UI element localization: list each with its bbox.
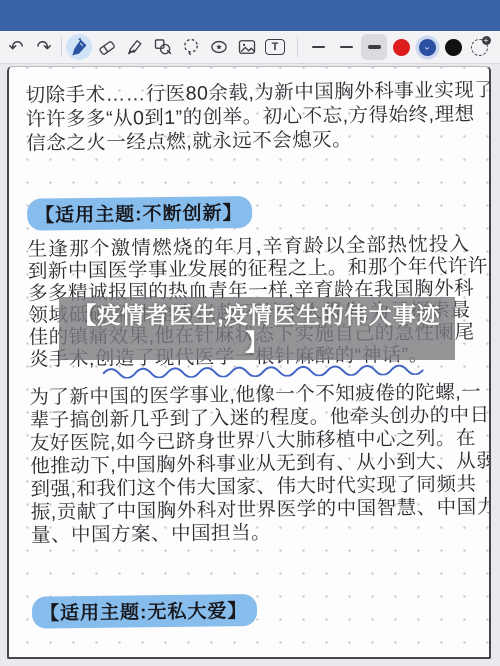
pen-icon: [69, 37, 89, 57]
redo-button[interactable]: ↷: [30, 33, 58, 61]
add-color-icon: +: [471, 39, 488, 56]
medium-line-icon: [340, 46, 353, 49]
text-tool-icon: T: [265, 39, 285, 55]
note-page[interactable]: 切除手术……行医80余载,为新中国胸外科事业实现了 许许多多“从0到1”的创举。…: [7, 66, 491, 659]
highlighter-tool-button[interactable]: [121, 33, 149, 61]
text-line: 量、中国方案、中国担当。: [31, 519, 473, 547]
image-icon: [237, 37, 257, 57]
pen-tool-button[interactable]: [65, 33, 93, 61]
undo-button[interactable]: ↶: [2, 33, 30, 61]
thickness-thick-button[interactable]: [361, 34, 387, 60]
sticker-tool-button[interactable]: [205, 33, 233, 61]
add-color-button[interactable]: +: [466, 34, 492, 60]
text-line: 信念之火一经点燃,就永远不会熄灭。: [26, 126, 468, 155]
eraser-icon: [97, 37, 117, 57]
color-blue-button[interactable]: ⌄: [414, 34, 440, 60]
image-tool-button[interactable]: [233, 33, 261, 61]
watermark-overlay: 【疫情者医生,疫情医生的伟大事迹 】: [59, 297, 455, 360]
toolbar: ↶ ↷: [0, 31, 500, 64]
redo-icon: ↷: [36, 38, 51, 56]
thin-line-icon: [312, 46, 325, 48]
black-color-swatch: [445, 39, 462, 56]
eraser-tool-button[interactable]: [93, 33, 121, 61]
watermark-text-line2: 】: [245, 329, 269, 356]
status-bar-background: [0, 0, 500, 31]
topic-header-selfless-love: 【适用主题:无私大爱】: [32, 594, 258, 629]
toolbar-divider: [61, 37, 62, 57]
thickness-medium-button[interactable]: [333, 34, 359, 60]
app-window: ↶ ↷: [0, 0, 500, 666]
shapes-tool-button[interactable]: [149, 33, 177, 61]
red-color-swatch: [393, 39, 410, 56]
paragraph-1: 切除手术……行医80余载,为新中国胸外科事业实现了 许许多多“从0到1”的创举。…: [26, 78, 469, 155]
color-red-button[interactable]: [388, 34, 414, 60]
thickness-thin-button[interactable]: [305, 34, 331, 60]
shapes-icon: [153, 37, 173, 57]
color-black-button[interactable]: [440, 34, 466, 60]
toolbar-divider: [297, 37, 298, 57]
text-tool-button[interactable]: T: [261, 33, 289, 61]
chevron-down-icon: ⌄: [423, 42, 431, 51]
sticker-icon: [209, 37, 229, 57]
lasso-tool-button[interactable]: [177, 33, 205, 61]
thick-line-icon: [368, 45, 381, 49]
lasso-icon: [181, 37, 201, 57]
paragraph-3: 为了新中国的医学事业,他像一个不知疲倦的陀螺,一 辈子搞创新几乎到了入迷的程度。…: [29, 381, 473, 547]
undo-icon: ↶: [8, 38, 23, 56]
canvas-area: 切除手术……行医80余载,为新中国胸外科事业实现了 许许多多“从0到1”的创举。…: [0, 64, 500, 666]
handwritten-content: 切除手术……行医80余载,为新中国胸外科事业实现了 许许多多“从0到1”的创举。…: [7, 66, 491, 659]
watermark-text-line1: 【疫情者医生,疫情医生的伟大事迹: [73, 302, 440, 329]
topic-header-innovation: 【适用主题:不断创新】: [27, 196, 253, 231]
highlighter-icon: [125, 37, 145, 57]
